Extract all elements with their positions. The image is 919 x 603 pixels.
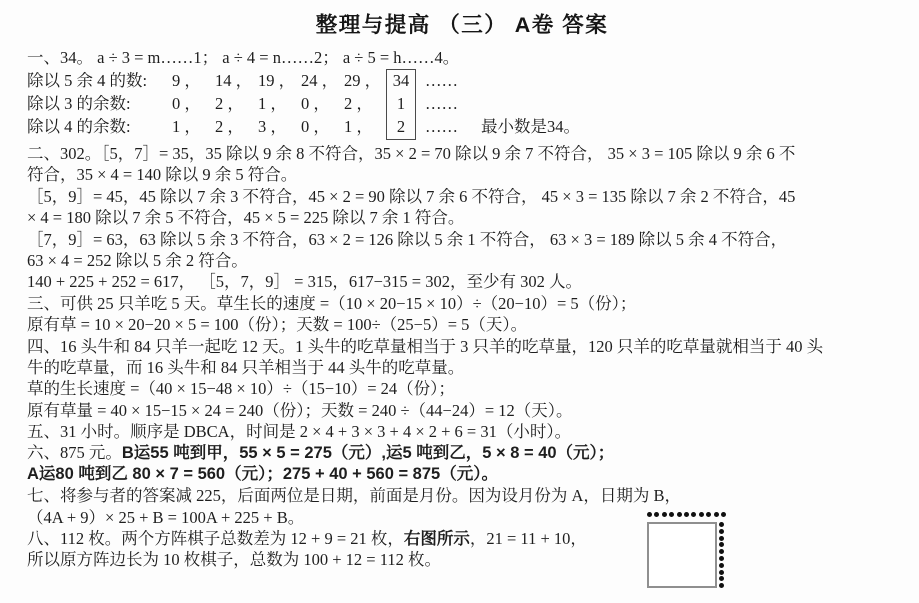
table-row: 除以 4 的余数: 1 ， 2 ， 3 ， 0 ， 1 ， 2 …… 最小数是3… xyxy=(27,115,897,138)
answer-1-intro: 一、34。 a ÷ 3 = m……1； a ÷ 4 = n……2； a ÷ 5 … xyxy=(27,47,897,69)
cell-value: 2 ， xyxy=(344,92,387,115)
text-line: × 4 = 180 除以 7 余 5 不符合，45 × 5 = 225 除以 7… xyxy=(27,207,897,228)
text-line: 二、302。［5，7］= 35，35 除以 9 余 8 不符合，35 × 2 =… xyxy=(27,143,897,164)
table-row: 除以 3 的余数: 0 ， 2 ， 1 ， 0 ， 2 ， 1 …… xyxy=(27,92,897,115)
cell-value: 29 ， xyxy=(344,69,387,92)
answer-5: 五、31 小时。顺序是 DBCA，时间是 2 × 4 + 3 × 3 + 4 ×… xyxy=(27,421,897,442)
ellipsis: …… xyxy=(415,115,481,138)
answer-4: 四、16 头牛和 84 只羊一起吃 12 天。1 头牛的吃草量相当于 3 只羊的… xyxy=(27,336,897,422)
dot xyxy=(684,512,689,517)
dot xyxy=(654,512,659,517)
boxed-value: 2 xyxy=(387,115,415,138)
dot xyxy=(719,522,724,527)
row-label: 除以 5 余 4 的数: xyxy=(27,69,172,92)
cell-value: 1 ， xyxy=(344,115,387,138)
boxed-value: 34 xyxy=(387,69,415,92)
dot xyxy=(677,512,682,517)
cell-value: 1 ， xyxy=(172,115,215,138)
text-segment: ，21 = 11 + 10， xyxy=(470,529,587,548)
text-line: 五、31 小时。顺序是 DBCA，时间是 2 × 4 + 3 × 3 + 4 ×… xyxy=(27,421,897,442)
text-line: 四、16 头牛和 84 只羊一起吃 12 天。1 头牛的吃草量相当于 3 只羊的… xyxy=(27,336,897,357)
text-line: 八、112 枚。两个方阵棋子总数差为 12 + 9 = 21 枚，右图所示，21… xyxy=(27,528,897,549)
answer-3: 三、可供 25 只羊吃 5 天。草生长的速度 =（10 × 20−15 × 10… xyxy=(27,293,897,336)
dot xyxy=(669,512,674,517)
dot xyxy=(719,563,724,568)
text-line: 六、875 元。B运55 吨到甲，55 × 5 = 275（元）,运5 吨到乙，… xyxy=(27,442,897,463)
text-line: （4A + 9）× 25 + B = 100A + 225 + B。 xyxy=(27,507,897,528)
dot xyxy=(706,512,711,517)
text-line: 140 + 225 + 252 = 617， ［5，7，9］ = 315，617… xyxy=(27,271,897,292)
dot xyxy=(719,549,724,554)
ellipsis: …… xyxy=(415,92,481,115)
text-line: 三、可供 25 只羊吃 5 天。草生长的速度 =（10 × 20−15 × 10… xyxy=(27,293,897,314)
text-line: 符合，35 × 4 = 140 除以 9 余 5 符合。 xyxy=(27,164,897,185)
dot xyxy=(719,529,724,534)
table-row: 除以 5 余 4 的数: 9 ， 14 ， 19 ， 24 ， 29 ， 34 … xyxy=(27,69,897,92)
text-line: 所以原方阵边长为 10 枚棋子，总数为 100 + 12 = 112 枚。 xyxy=(27,549,897,570)
cell-value: 2 ， xyxy=(215,115,258,138)
cell-value: 9 ， xyxy=(172,69,215,92)
dot xyxy=(647,512,652,517)
cell-value: 1 ， xyxy=(258,92,301,115)
dot xyxy=(719,570,724,575)
ellipsis: …… xyxy=(415,69,481,92)
cell-value: 0 ， xyxy=(301,115,344,138)
text-segment-bold: B运55 吨到甲，55 × 5 = 275（元）,运5 吨到乙，5 × 8 = … xyxy=(122,444,614,462)
text-line: 原有草 = 10 × 20−20 × 5 = 100（份）；天数 = 100÷（… xyxy=(27,314,897,335)
answer-8: 八、112 枚。两个方阵棋子总数差为 12 + 9 = 21 枚，右图所示，21… xyxy=(27,528,897,571)
diagram-right-dot-column xyxy=(719,522,724,588)
text-line: 七、将参与者的答案减 225，后面两位是日期，前面是月份。因为设月份为 A，日期… xyxy=(27,485,897,506)
dot xyxy=(721,512,726,517)
text-segment: 八、112 枚。两个方阵棋子总数差为 12 + 9 = 21 枚， xyxy=(27,529,404,548)
cell-value: 2 ， xyxy=(215,92,258,115)
page-title: 整理与提高 （三） A卷 答案 xyxy=(27,10,897,40)
text-line: 63 × 4 = 252 除以 5 余 2 符合。 xyxy=(27,250,897,271)
remainder-table: 除以 5 余 4 的数: 9 ， 14 ， 19 ， 24 ， 29 ， 34 … xyxy=(27,69,897,138)
checkers-square-diagram xyxy=(647,512,747,603)
dot xyxy=(719,576,724,581)
answer-6: 六、875 元。B运55 吨到甲，55 × 5 = 275（元）,运5 吨到乙，… xyxy=(27,442,897,485)
cell-value: 0 ， xyxy=(172,92,215,115)
cell-value: 24 ， xyxy=(301,69,344,92)
diagram-square xyxy=(647,522,717,588)
row-label: 除以 3 的余数: xyxy=(27,92,172,115)
text-line: 牛的吃草量，而 16 头牛和 84 只羊相当于 44 头牛的吃草量。 xyxy=(27,357,897,378)
text-segment-bold: 右图所示 xyxy=(404,530,470,548)
text-line: ［7，9］= 63，63 除以 5 余 3 不符合，63 × 2 = 126 除… xyxy=(27,229,897,250)
text-line: ［5，9］= 45，45 除以 7 余 3 不符合，45 × 2 = 90 除以… xyxy=(27,186,897,207)
answer-7: 七、将参与者的答案减 225，后面两位是日期，前面是月份。因为设月份为 A，日期… xyxy=(27,485,897,528)
cell-value: 3 ， xyxy=(258,115,301,138)
cell-value: 0 ， xyxy=(301,92,344,115)
answer-sheet-page: 整理与提高 （三） A卷 答案 一、34。 a ÷ 3 = m……1； a ÷ … xyxy=(0,0,919,603)
dot xyxy=(699,512,704,517)
cell-value: 14 ， xyxy=(215,69,258,92)
text-line: 原有草量 = 40 × 15−15 × 24 = 240（份）；天数 = 240… xyxy=(27,400,897,421)
dot xyxy=(662,512,667,517)
dot xyxy=(719,542,724,547)
answer-2: 二、302。［5，7］= 35，35 除以 9 余 8 不符合，35 × 2 =… xyxy=(27,143,897,293)
dot xyxy=(691,512,696,517)
text-line-bold: A运80 吨到乙 80 × 7 = 560（元）；275 + 40 + 560 … xyxy=(27,464,897,485)
dot xyxy=(719,556,724,561)
dot xyxy=(719,536,724,541)
dot xyxy=(719,583,724,588)
text-segment: 六、875 元。 xyxy=(27,443,122,462)
row-label: 除以 4 的余数: xyxy=(27,115,172,138)
dot xyxy=(714,512,719,517)
cell-value: 19 ， xyxy=(258,69,301,92)
boxed-value: 1 xyxy=(387,92,415,115)
diagram-top-dot-row xyxy=(647,512,726,517)
row-tail: 最小数是34。 xyxy=(481,115,897,138)
text-line: 草的生长速度 =（40 × 15−48 × 10）÷（15−10）= 24（份）… xyxy=(27,378,897,399)
